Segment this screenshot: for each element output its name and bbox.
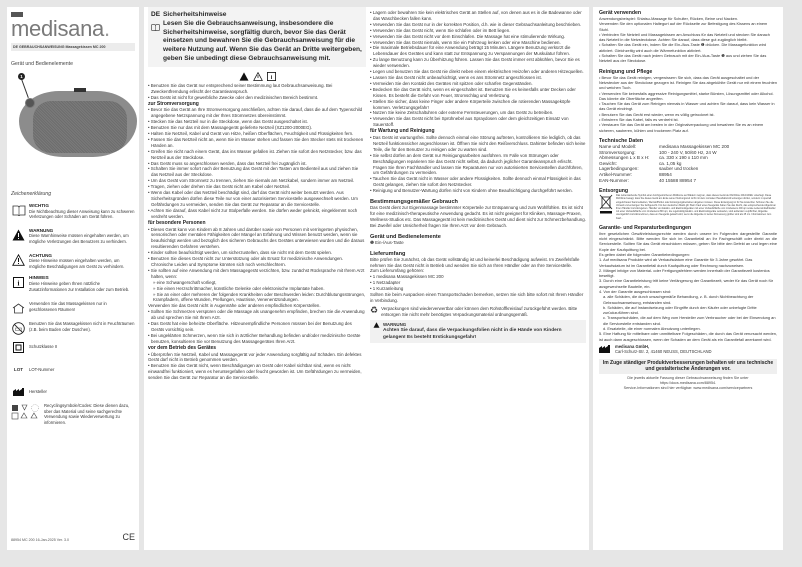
- warranty-section: Ihre gesetzlichen Gewährleistungsrechte …: [599, 231, 777, 342]
- delivery-section: Bitte prüfen Sie zunächst, ob das Gerät …: [370, 257, 586, 318]
- bullet: • Benutzen Sie das Gerät nur entsprechen…: [148, 83, 366, 95]
- svg-text:i: i: [18, 279, 20, 287]
- bullet: • Das Gerät ist wartungsfrei. Sollte den…: [370, 135, 586, 153]
- bullet: • Sie selbst dürfen an dem Gerät nur Rei…: [370, 153, 586, 177]
- bullet: • Tauchen Sie das Gerät nicht in Wasser …: [370, 176, 586, 188]
- pillow-mesh: [33, 101, 127, 153]
- document-footer: 88954 MC 200 16-Jan-2025 Ver. 3.0 CE: [11, 532, 135, 542]
- bullet: • Sollten Sie Schmerzen verspüren oder d…: [148, 309, 366, 321]
- bullet: • Stellen Sie sicher, dass keine Finger …: [370, 99, 586, 111]
- power-button-graphic: [25, 98, 35, 108]
- spec-key: EAN-Nummer:: [599, 178, 659, 184]
- bullet: • Bevor Sie das Gerät an Ihre Stromverso…: [148, 107, 366, 119]
- legend-item-wichtig: WICHTIGDie Nichtbeachtung dieser Anweisu…: [11, 203, 135, 220]
- legend-item-manufacturer: Hersteller: [11, 385, 135, 399]
- company-address: Carl-Schurz-Str. 2, 41460 NEUSS, DEUTSCH…: [615, 349, 712, 354]
- document-page: medisana. DE GEBRAUCHSANWEISUNG Massagek…: [7, 7, 783, 554]
- lot-icon: LOT: [11, 363, 26, 377]
- recycle-note: ♻ Verpackungen sind wiederverwertbar ode…: [370, 306, 586, 318]
- paragraph: Ihre gesetzlichen Gewährleistungsrechte …: [599, 231, 777, 252]
- bullet: • Greifen Sie nicht nach einem Gerät, da…: [148, 149, 366, 161]
- callout-number: 1: [18, 73, 25, 80]
- bullet: • Schalten Sie immer sofort nach der Ben…: [148, 166, 366, 178]
- crossed-bin-icon: [599, 194, 613, 214]
- info-icon: i: [11, 275, 26, 289]
- safety-title: Sicherheitshinweise: [163, 11, 363, 20]
- list-item: 1. Auf medisana Produkte wird ab Verkauf…: [599, 257, 777, 268]
- bullet: • Schalten Sie das Gerät nach jedem Gebr…: [599, 53, 777, 64]
- bullet: • Achten Sie darauf, dass Kabel nicht zu…: [148, 208, 366, 220]
- warning-text: Achten Sie darauf, dass die Verpackungsf…: [373, 328, 583, 341]
- bullet: • Schalten Sie das Gerät ein, indem Sie …: [599, 42, 777, 53]
- bullet: • Verstauen Sie das Gerät am besten in d…: [599, 122, 777, 133]
- sub-bullet: » Sie an einer oder mehreren der folgend…: [148, 292, 366, 304]
- safety-header: DE Sicherheitshinweise Lesen Sie die Geb…: [148, 7, 366, 67]
- bullet: • Verwenden Sie das Gerät nicht vor dem …: [370, 34, 586, 40]
- no-bathing-icon: [11, 321, 26, 335]
- paragraph: • Überprüfen Sie Netzteil, Kabel und Mas…: [148, 352, 366, 364]
- safety-intro: Lesen Sie die Gebrauchsanweisung, insbes…: [163, 20, 362, 62]
- legend-item-protection-class: Schutzklasse II: [11, 340, 135, 354]
- document-title-bar: DE GEBRAUCHSANWEISUNG Massagekissen MC 2…: [11, 43, 135, 51]
- caution-outline-icon: [11, 253, 26, 267]
- links-block: Die jeweils aktuelle Fassung dieser Gebr…: [599, 376, 777, 391]
- manufacturer-icon: [11, 385, 26, 399]
- ce-mark-icon: CE: [122, 532, 135, 542]
- bullet: • Benutzen Sie dieses Gerät nicht zur Un…: [148, 256, 366, 268]
- caution-outline-icon: [253, 72, 263, 81]
- legend-item-recycling: Recyclingsymbole/Codes: Diese dienen daz…: [11, 403, 135, 425]
- legend-item-indoor: Verwenden Sie das Massagekissen nur in g…: [11, 301, 135, 315]
- right-panel: Gerät verwenden Anwendungsbeispiel: Shia…: [593, 7, 783, 550]
- warning-box: WARNUNG Achten Sie darauf, dass die Verp…: [370, 320, 586, 344]
- indoor-house-icon: [11, 301, 26, 315]
- bullet: • Lagern oder bewahren Sie kein elektris…: [370, 10, 586, 22]
- disposal-text: Das nebenstehende Symbol einer durchgest…: [616, 194, 777, 220]
- safety-list-a: • Benutzen Sie das Gerät nur entsprechen…: [148, 83, 366, 381]
- protection-class-icon: [11, 340, 26, 354]
- paragraph: Verwenden Sie den optionalen Haltegurt a…: [599, 21, 777, 32]
- spec-value: 40 15588 88954 7: [659, 178, 777, 184]
- bullet: • Verwenden Sie keinesfalls aggressive R…: [599, 91, 777, 102]
- list-item: 3. Durch eine Garantieleistung tritt kei…: [599, 278, 777, 289]
- bullet: • Verbinden Sie Netzteil und Massagekiss…: [599, 32, 777, 43]
- legend-item-no-bathing: Benutzen Sie das Massagekissen nicht in …: [11, 321, 135, 335]
- warning-filled-icon: [239, 72, 249, 81]
- legend-item-achtung: ACHTUNGDiese Hinweise müssen eingehalten…: [11, 253, 135, 270]
- bullet: • Bei ungeklärten Schmerzen, wenn Sie si…: [148, 333, 366, 345]
- bullet: • Sie sollten auf eine Anwendung mit dem…: [148, 268, 366, 280]
- warning-filled-icon: [11, 228, 26, 242]
- use-section: Anwendungsbeispiel: Shiatsu-Massage für …: [599, 16, 777, 64]
- legend-title: Zeichenerklärung: [11, 191, 135, 197]
- list-item: 5. Eine Haftung für mittelbare oder unmi…: [599, 331, 777, 342]
- safety-panel: DE Sicherheitshinweise Lesen Sie die Geb…: [144, 7, 589, 550]
- paragraph: • Benutzen Sie das Gerät nicht, wenn Bes…: [148, 363, 366, 381]
- paragraph: Sollten Sie beim Auspacken einen Transpo…: [370, 292, 586, 304]
- book-icon: [11, 203, 26, 217]
- bullet: • Dieses Gerät kann von Kindern ab 8 Jah…: [148, 227, 366, 251]
- version-info: 88954 MC 200 16-Jan-2025 Ver. 3.0: [11, 538, 69, 542]
- bullet: • Das Gerät ist nicht für gewerbliche Zw…: [148, 95, 366, 101]
- bullet: • Fassen Sie das Netzteil nicht an, wenn…: [148, 137, 366, 149]
- pillow-label-tag: [74, 88, 86, 92]
- legend-item-warnung: WARNUNGDiese Warnhinweise müssen eingeha…: [11, 228, 135, 245]
- column-b: • Lagern oder bewahren Sie kein elektris…: [370, 7, 586, 343]
- book-icon: [151, 24, 160, 31]
- left-panel: medisana. DE GEBRAUCHSANWEISUNG Massagek…: [7, 7, 139, 550]
- svg-text:i: i: [270, 75, 272, 81]
- bullet: • Die maximale Betriebsdauer für eine An…: [370, 45, 586, 57]
- safety-list-b: • Lagern oder bewahren Sie kein elektris…: [370, 10, 586, 194]
- disposal-section: Das nebenstehende Symbol einer durchgest…: [599, 194, 777, 220]
- list-item: a. alle Schäden, die durch unsachgemäße …: [599, 294, 777, 305]
- bullet: • Bevor Sie das Gerät reinigen, vergewis…: [599, 75, 777, 91]
- bullet: • Zu lange Benutzung kann zu Überhitzung…: [370, 57, 586, 69]
- bullet: • Reinigung und Benutzer-Wartung dürfen …: [370, 188, 586, 194]
- legend-item-lot: LOT LOT-Nummer: [11, 363, 135, 377]
- service-link[interactable]: Service-Informationen sind hier verfügba…: [599, 386, 777, 391]
- language-code: DE: [151, 11, 160, 18]
- brand-logo: medisana.: [11, 17, 135, 41]
- bullet: • Tauchen Sie das Gerät zum Reinigen nie…: [599, 101, 777, 112]
- device-illustration: 1: [11, 71, 139, 161]
- recycle-text: Verpackungen sind wiederverwertbar oder …: [381, 306, 586, 318]
- bullet: • Bedecken Sie das Gerät nicht, wenn es …: [370, 87, 586, 99]
- list-item: b. Schäden, die auf Instandsetzung oder …: [599, 305, 777, 316]
- column-a: DE Sicherheitshinweise Lesen Sie die Geb…: [148, 7, 366, 381]
- safety-icons: i: [148, 72, 366, 81]
- recycling-icon: [11, 403, 41, 421]
- bullet: • Verwenden Sie das Gerät nur in der kor…: [370, 22, 586, 28]
- info-icon: i: [267, 72, 276, 81]
- list-item: c. Transportschäden, die auf dem Weg vom…: [599, 315, 777, 326]
- intended-use-text: Das Gerät dient zur Eigenmassage bestimm…: [370, 205, 586, 229]
- callout-leader: [21, 79, 29, 98]
- improvement-notice: Im Zuge ständiger Produktverbesserungen …: [599, 359, 777, 374]
- controls-item: ❶ Ein-/Aus-Taste: [370, 240, 586, 246]
- bullet: • Das Gerät hat eine beheizte Oberfläche…: [148, 321, 366, 333]
- device-section-label: Gerät und Bedienelemente: [11, 61, 135, 67]
- tech-specs: Name und Modell:medisana Massagekissen M…: [599, 144, 777, 183]
- manufacturer-icon: [599, 345, 611, 353]
- paragraph: Bitte prüfen Sie zunächst, ob das Gerät …: [370, 257, 586, 269]
- list-item: 2. Mängel infolge von Material- oder Fer…: [599, 268, 777, 279]
- bullet: • Wenn das Kabel oder das Netzteil besch…: [148, 190, 366, 208]
- warning-filled-icon: [373, 322, 380, 328]
- legend-item-hinweis: i HINWEISDiese Hinweise geben Ihnen nütz…: [11, 275, 135, 292]
- care-section: • Bevor Sie das Gerät reinigen, vergewis…: [599, 75, 777, 133]
- manufacturer-block: medisana GmbH, Carl-Schurz-Str. 2, 41460…: [599, 344, 777, 355]
- bullet: • Verwenden Sie das Gerät nicht bei Sprü…: [370, 116, 586, 128]
- recycle-icon: ♻: [370, 306, 378, 318]
